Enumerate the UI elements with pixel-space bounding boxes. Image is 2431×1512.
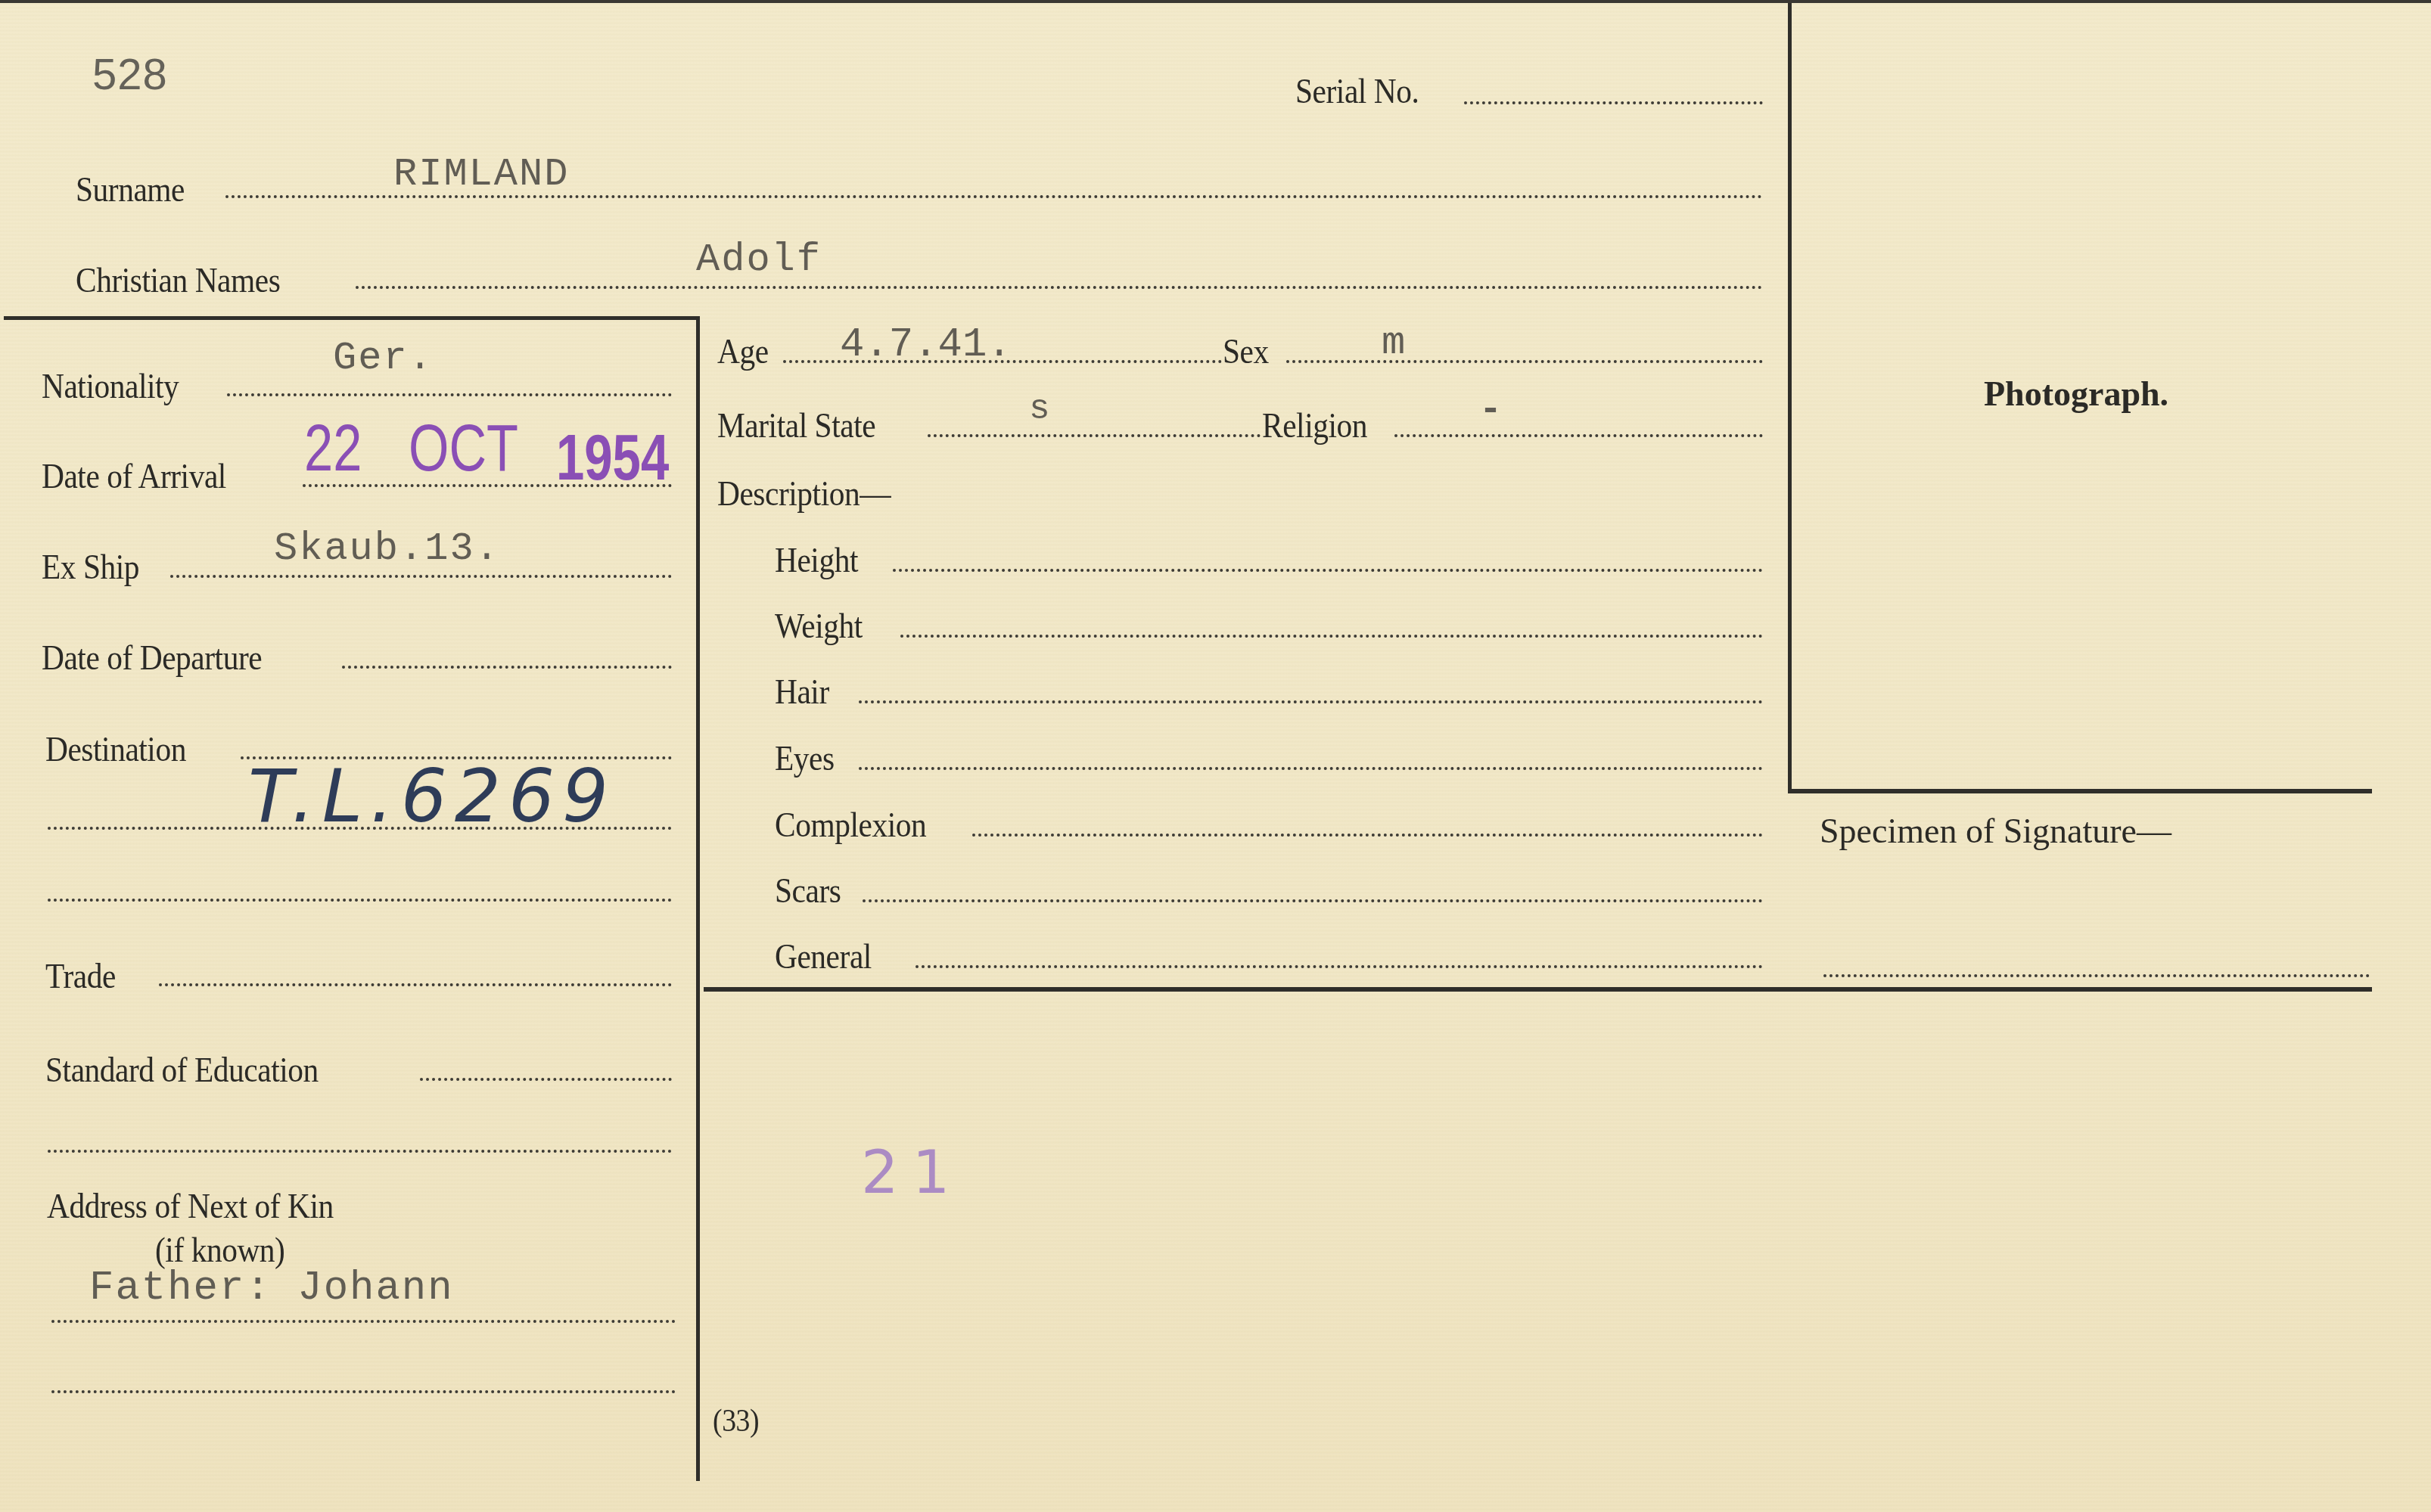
- nationality-value: Ger.: [333, 339, 434, 378]
- description-label: Description—: [717, 477, 891, 511]
- age-value: 4.7.41.: [840, 325, 1012, 366]
- next-of-kin-value: Father: Johann: [89, 1268, 454, 1309]
- standard-of-education-field-line-2[interactable]: [48, 1150, 672, 1153]
- date-of-departure-field[interactable]: [342, 666, 672, 669]
- description-eyes-field[interactable]: [859, 767, 1763, 770]
- marital-state-field[interactable]: [928, 434, 1261, 437]
- serial-no-label: Serial No.: [1295, 74, 1419, 109]
- sex-label: Sex: [1223, 334, 1269, 369]
- description-complexion-label: Complexion: [775, 808, 926, 843]
- description-scars-field[interactable]: [863, 899, 1763, 902]
- ex-ship-value: Skaub.13.: [274, 529, 500, 569]
- signature-field[interactable]: [1823, 974, 2370, 977]
- date-of-departure-label: Date of Departure: [42, 641, 262, 675]
- christian-names-value: Adolf: [696, 241, 822, 280]
- age-label: Age: [717, 334, 769, 369]
- description-complexion-field[interactable]: [972, 834, 1763, 837]
- marital-state-label: Marital State: [717, 408, 875, 443]
- description-weight-field[interactable]: [900, 635, 1763, 638]
- nationality-field[interactable]: [227, 393, 672, 396]
- trade-label: Trade: [45, 959, 116, 994]
- trade-field[interactable]: [159, 983, 672, 986]
- sex-field[interactable]: [1286, 360, 1763, 363]
- destination-value: T.L.6269: [248, 760, 616, 833]
- surname-value: RIMLAND: [393, 155, 569, 194]
- date-of-arrival-label: Date of Arrival: [42, 459, 226, 494]
- alien-registration-card: 528 Serial No. Surname RIMLAND Christian…: [0, 0, 2431, 1512]
- nationality-label: Nationality: [42, 369, 179, 404]
- next-of-kin-field-line-2[interactable]: [51, 1390, 676, 1393]
- description-hair-field[interactable]: [859, 700, 1763, 703]
- arrival-stamp-day: 22: [304, 414, 362, 481]
- card-top-edge: [0, 0, 2431, 3]
- form-code: (33): [713, 1405, 759, 1437]
- ex-ship-field[interactable]: [170, 575, 672, 578]
- photo-box-bottom-border: [1788, 789, 2372, 793]
- arrival-stamp-year: 1954: [556, 425, 669, 490]
- christian-names-label: Christian Names: [76, 263, 280, 298]
- next-of-kin-field-line-1[interactable]: [51, 1320, 676, 1323]
- religion-field[interactable]: [1394, 434, 1763, 437]
- christian-names-field[interactable]: [356, 286, 1763, 289]
- arrival-stamp-month: OCT: [409, 414, 518, 481]
- standard-of-education-label: Standard of Education: [45, 1053, 319, 1088]
- ex-ship-label: Ex Ship: [42, 550, 139, 585]
- description-general-label: General: [775, 939, 872, 974]
- marital-state-value: s: [1029, 392, 1052, 427]
- religion-label: Religion: [1262, 408, 1367, 443]
- signature-label: Specimen of Signature—: [1820, 811, 2171, 851]
- surname-label: Surname: [76, 172, 185, 207]
- photograph-area: [1795, 340, 2370, 787]
- next-of-kin-label: Address of Next of Kin: [47, 1189, 334, 1224]
- photo-box-left-border: [1788, 0, 1792, 793]
- left-box-top-border: [4, 316, 700, 320]
- description-general-field[interactable]: [916, 965, 1763, 968]
- serial-no-field[interactable]: [1464, 101, 1763, 104]
- left-box-right-border: [696, 316, 700, 1481]
- destination-field-line-3[interactable]: [48, 899, 672, 902]
- description-eyes-label: Eyes: [775, 741, 835, 776]
- description-weight-label: Weight: [775, 609, 863, 644]
- standard-of-education-field-line-1[interactable]: [420, 1078, 672, 1081]
- religion-value: -: [1479, 392, 1503, 430]
- card-number: 528: [92, 53, 168, 97]
- description-height-field[interactable]: [893, 569, 1763, 572]
- next-of-kin-sublabel: (if known): [155, 1233, 284, 1268]
- sex-value: m: [1382, 324, 1407, 363]
- destination-label: Destination: [45, 732, 186, 767]
- stamp-number: 21: [861, 1139, 963, 1207]
- description-scars-label: Scars: [775, 874, 841, 908]
- description-bottom-border: [704, 987, 2372, 992]
- description-height-label: Height: [775, 543, 858, 578]
- description-hair-label: Hair: [775, 675, 829, 709]
